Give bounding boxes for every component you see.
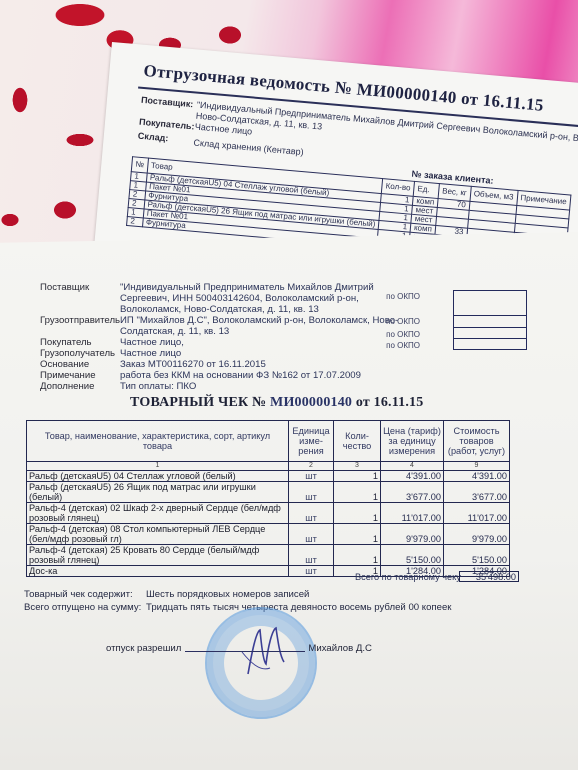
cell-qty: 1 [334, 545, 381, 566]
col-index: 1 [27, 462, 289, 471]
signature-line [185, 651, 305, 652]
okpo-label: по ОКПО [386, 330, 420, 339]
contains-label: Товарный чек содержит: [24, 588, 146, 601]
sum-label: Всего отпущено на сумму: [24, 601, 146, 614]
info-label: Грузополучатель [40, 348, 120, 359]
cell-name: Дос-ка [27, 566, 289, 577]
cell-qty: 1 [334, 524, 381, 545]
info-label: Покупатель [40, 337, 120, 348]
release-name: Михайлов Д.С [308, 643, 372, 654]
info-label: Поставщик [40, 282, 120, 315]
cell-price: 4'391.00 [381, 471, 444, 482]
col-header-unit: Единица изме-рения [289, 421, 334, 462]
cell-unit: шт [289, 545, 334, 566]
info-label: Грузоотправитель [40, 315, 120, 337]
okpo-code-box [453, 290, 527, 350]
cell-price: 9'979.00 [381, 524, 444, 545]
cell-unit: шт [289, 503, 334, 524]
cell-name: Ральф-4 (детская) 02 Шкаф 2-х дверный Се… [27, 503, 289, 524]
supplier-label: Поставщик: [141, 95, 194, 110]
cell-name: Ральф-4 (детская) 25 Кровать 80 Сердце (… [27, 545, 289, 566]
col-index: 9 [444, 462, 510, 471]
info-label: Дополнение [40, 381, 120, 392]
table-row: Ральф (детскаяU5) 26 Ящик под матрас или… [27, 482, 510, 503]
cell-name: Ральф (детскаяU5) 04 Стеллаж угловой (бе… [27, 471, 289, 482]
table-row: Ральф-4 (детская) 08 Стол компьютерный Л… [27, 524, 510, 545]
info-value: Заказ МТ00116270 от 16.11.2015 [120, 359, 405, 370]
release-label: отпуск разрешил [106, 643, 181, 654]
info-value: Тип оплаты: ПКО [120, 381, 405, 392]
receipt-number: МИ00000140 [270, 395, 352, 410]
shipment-cell-no: 2 [127, 217, 143, 227]
contains-value: Шесть порядковых номеров записей [146, 588, 309, 601]
table-row: Ральф-4 (детская) 25 Кровать 80 Сердце (… [27, 545, 510, 566]
cell-sum: 4'391.00 [444, 471, 510, 482]
info-row: ПокупательЧастное лицо, [40, 337, 405, 348]
info-value: Частное лицо, [120, 337, 405, 348]
cell-name: Ральф-4 (детская) 08 Стол компьютерный Л… [27, 524, 289, 545]
info-row: ДополнениеТип оплаты: ПКО [40, 381, 405, 392]
col-header-price: Цена (тариф) за единицу измерения [381, 421, 444, 462]
okpo-label: по ОКПО [386, 317, 420, 326]
info-value: ИП "Михайлов Д.С", Волоколамский р-он, В… [120, 315, 405, 337]
okpo-label: по ОКПО [386, 341, 420, 350]
info-value: "Индивидуальный Предприниматель Михайлов… [120, 282, 405, 315]
info-row: ГрузополучательЧастное лицо [40, 348, 405, 359]
cell-sum: 9'979.00 [444, 524, 510, 545]
total-value: 35'498.00 [459, 571, 519, 582]
total-label: Всего по товарному чеку [355, 572, 461, 582]
receipt-info: Поставщик"Индивидуальный Предприниматель… [40, 282, 405, 392]
receipt-date: от 16.11.15 [352, 395, 423, 410]
release-signature-row: отпуск разрешил Михайлов Д.С [106, 643, 372, 654]
table-row: Ральф-4 (детская) 02 Шкаф 2-х дверный Се… [27, 503, 510, 524]
col-index: 2 [289, 462, 334, 471]
info-label: Примечание [40, 370, 120, 381]
info-row: ОснованиеЗаказ МТ00116270 от 16.11.2015 [40, 359, 405, 370]
cell-name: Ральф (детскаяU5) 26 Ящик под матрас или… [27, 482, 289, 503]
title-prefix: ТОВАРНЫЙ ЧЕК № [130, 395, 270, 410]
cell-unit: шт [289, 482, 334, 503]
info-row: ГрузоотправительИП "Михайлов Д.С", Волок… [40, 315, 405, 337]
okpo-label: по ОКПО [386, 292, 420, 301]
cell-qty: 1 [334, 471, 381, 482]
sales-receipt: Поставщик"Индивидуальный Предприниматель… [0, 232, 578, 770]
warehouse-value: Склад хранения (Кентавр) [193, 138, 304, 158]
info-value: работа без ККМ на основании ФЗ №162 от 1… [120, 370, 405, 381]
table-row: Ральф (детскаяU5) 04 Стеллаж угловой (бе… [27, 471, 510, 482]
cell-qty: 1 [334, 482, 381, 503]
receipt-title: ТОВАРНЫЙ ЧЕК № МИ00000140 от 16.11.15 [130, 395, 423, 411]
col-header-sum: Стоимость товаров (работ, услуг) [444, 421, 510, 462]
cell-price: 11'017.00 [381, 503, 444, 524]
cell-unit: шт [289, 524, 334, 545]
cell-unit: шт [289, 471, 334, 482]
info-row: Примечаниеработа без ККМ на основании ФЗ… [40, 370, 405, 381]
cell-sum: 11'017.00 [444, 503, 510, 524]
col-header-name: Товар, наименование, характеристика, сор… [27, 421, 289, 462]
receipt-summary: Товарный чек содержит:Шесть порядковых н… [24, 588, 452, 614]
cell-sum: 5'150.00 [444, 545, 510, 566]
warehouse-label: Склад: [138, 131, 169, 144]
info-value: Частное лицо [120, 348, 405, 359]
cell-unit: шт [289, 566, 334, 577]
cell-price: 5'150.00 [381, 545, 444, 566]
info-row: Поставщик"Индивидуальный Предприниматель… [40, 282, 405, 315]
cell-price: 3'677.00 [381, 482, 444, 503]
sum-in-words: Тридцать пять тысяч четыреста девяносто … [146, 601, 452, 614]
cell-qty: 1 [334, 503, 381, 524]
col-index: 4 [381, 462, 444, 471]
col-header-qty: Коли-чество [334, 421, 381, 462]
buyer-label: Покупатель: [139, 117, 195, 132]
col-index: 3 [334, 462, 381, 471]
cell-sum: 3'677.00 [444, 482, 510, 503]
info-label: Основание [40, 359, 120, 370]
receipt-items-table: Товар, наименование, характеристика, сор… [26, 420, 510, 577]
